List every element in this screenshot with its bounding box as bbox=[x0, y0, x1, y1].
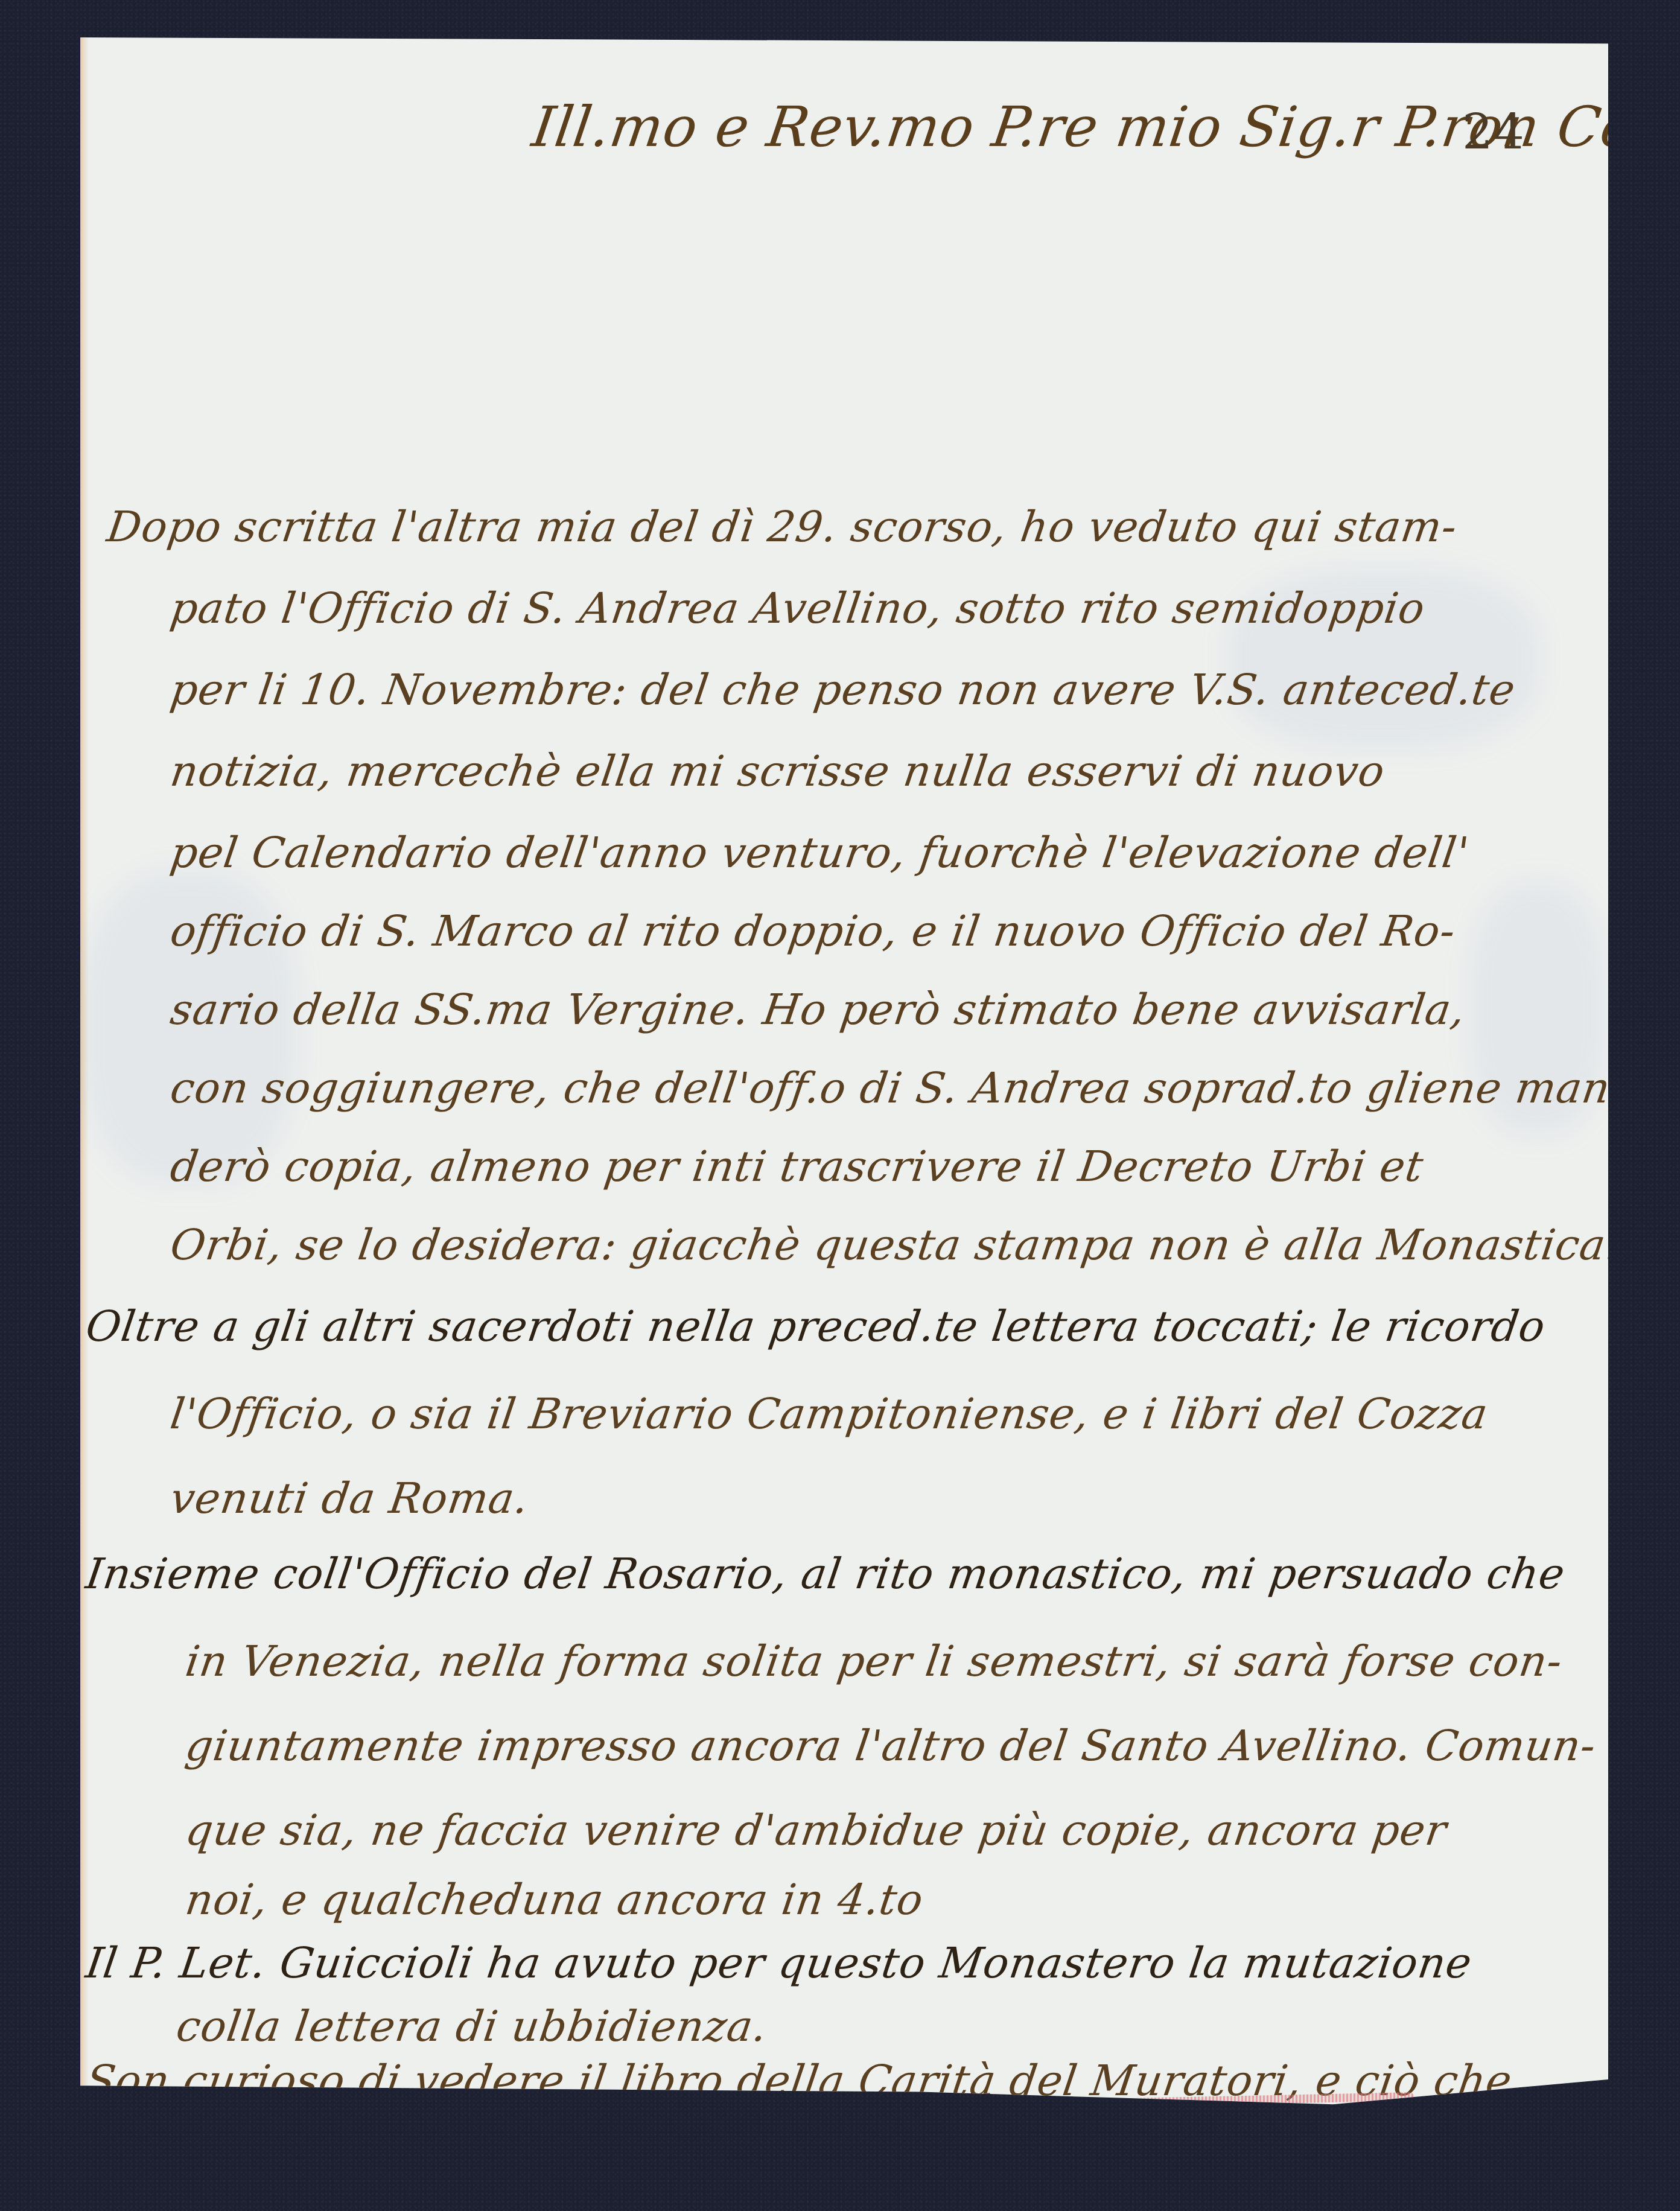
text-line: noi, e qualcheduna ancora in 4.to bbox=[182, 1875, 926, 1924]
text-line: Insieme coll'Officio del Rosario, al rit… bbox=[83, 1549, 1568, 1599]
text-line: notizia, mercechè ella mi scrisse nulla … bbox=[167, 746, 1388, 796]
text-line: con soggiungere, che dell'off.o di S. An… bbox=[167, 1063, 1628, 1113]
text-line: Il P. Let. Guiccioli ha avuto per questo… bbox=[83, 1938, 1475, 1988]
manuscript-page: Ill.mo e Rev.mo P.re mio Sig.r P.ron Col… bbox=[80, 37, 1608, 2108]
page-number: 24 bbox=[1462, 104, 1525, 160]
text-line: derò copia, almeno per inti trascrivere … bbox=[167, 1142, 1427, 1191]
text-line: que sia, ne faccia venire d'ambidue più … bbox=[182, 1805, 1450, 1855]
red-underline-mark bbox=[557, 2092, 1414, 2119]
text-line: sario della SS.ma Vergine. Ho però stima… bbox=[167, 985, 1469, 1034]
text-line: officio di S. Marco al rito doppio, e il… bbox=[167, 906, 1459, 956]
text-line: giuntamente impresso ancora l'altro del … bbox=[182, 1721, 1599, 1770]
text-line: per li 10. Novembre: del che penso non a… bbox=[167, 665, 1518, 714]
text-line: l'Officio, o sia il Breviario Campitonie… bbox=[167, 1389, 1491, 1439]
text-line: in Venezia, nella forma solita per li se… bbox=[182, 1637, 1565, 1686]
text-line: Orbi, se lo desidera: giacchè questa sta… bbox=[167, 1220, 1623, 1270]
text-line: Dopo scritta l'altra mia del dì 29. scor… bbox=[104, 502, 1460, 552]
text-line: pato l'Officio di S. Andrea Avellino, so… bbox=[167, 584, 1428, 633]
text-line: colla lettera di ubbidienza. bbox=[173, 2002, 771, 2051]
text-line: venuti da Roma. bbox=[167, 1474, 532, 1523]
text-line: pel Calendario dell'anno venturo, fuorch… bbox=[167, 828, 1472, 877]
text-line: Oltre a gli altri sacerdoti nella preced… bbox=[83, 1302, 1548, 1351]
